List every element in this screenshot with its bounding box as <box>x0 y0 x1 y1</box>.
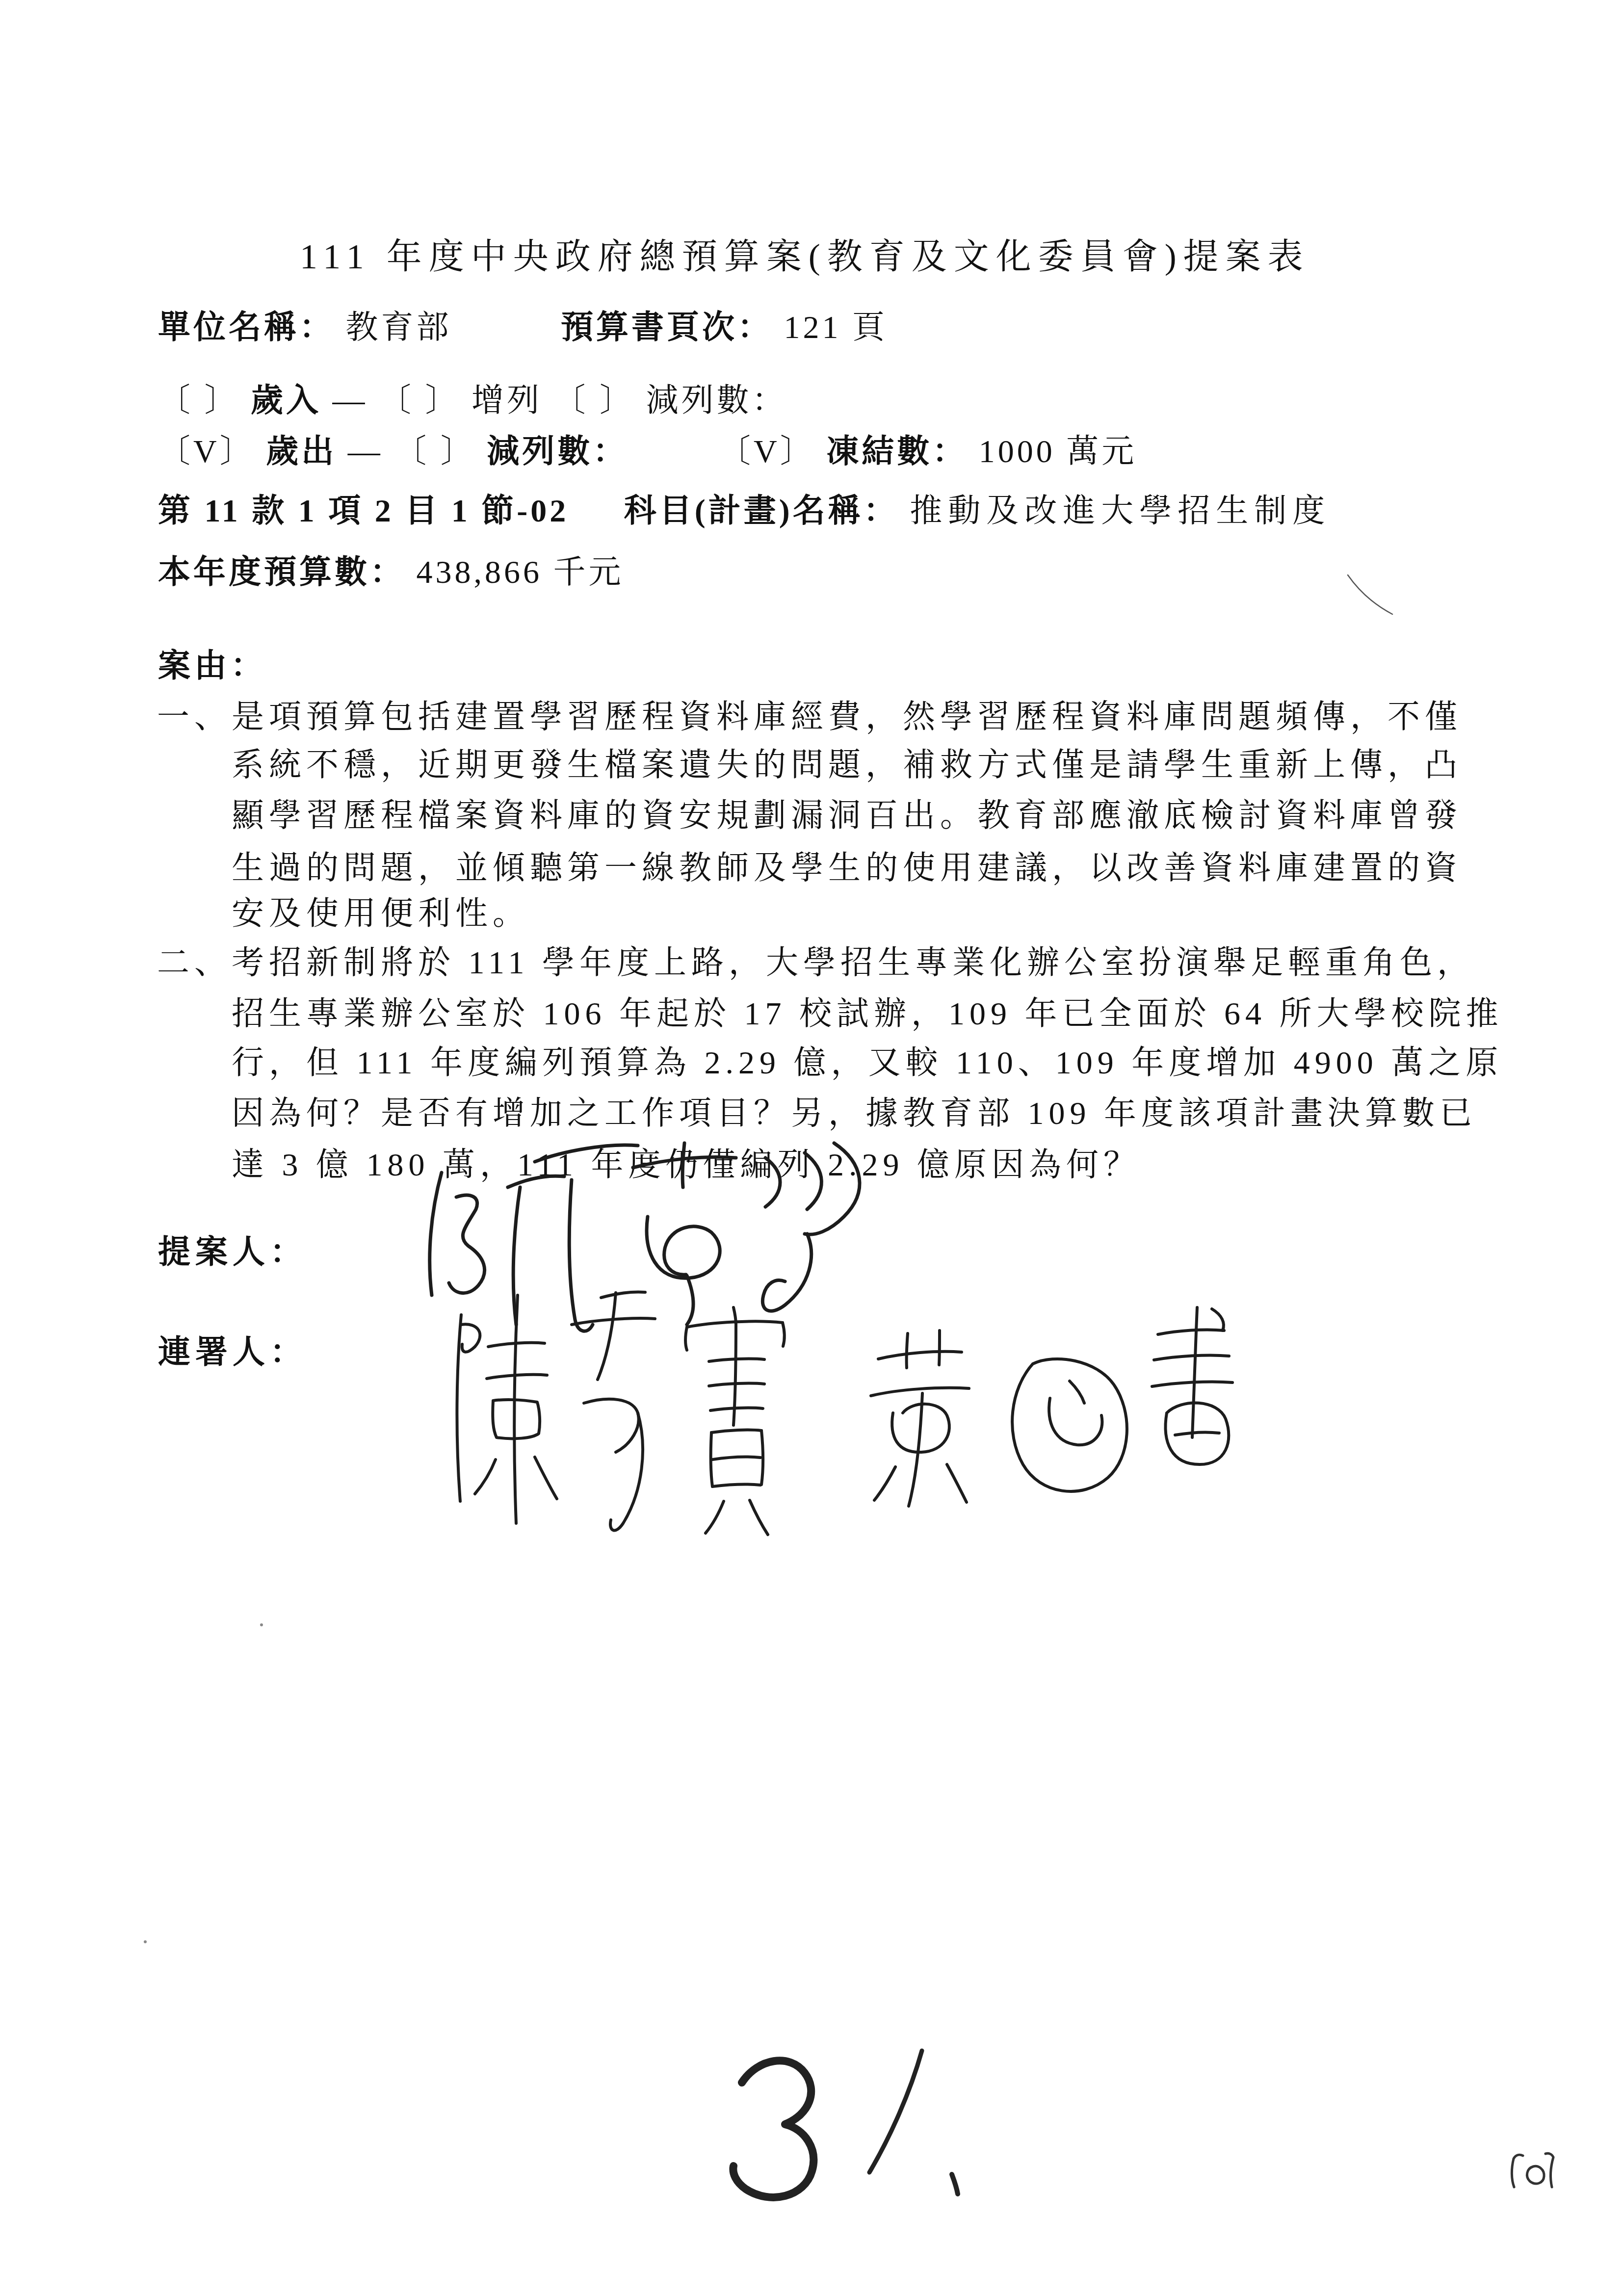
unit-value: 教育部 <box>346 310 452 345</box>
annual-budget-label: 本年度預算數： <box>158 554 405 590</box>
scan-stray-stroke <box>1348 575 1392 614</box>
case-item-2-line-3: 行，但 111 年度編列預算為 2.29 億，又較 110、109 年度增加 4… <box>232 1047 1503 1079</box>
page-ref-value: 121 頁 <box>784 310 888 345</box>
dash: — <box>348 434 383 470</box>
case-heading: 案由： <box>158 650 267 682</box>
cosigner-label: 連署人： <box>158 1336 307 1369</box>
increase-label: 增列 <box>471 383 542 418</box>
corner-mark <box>1512 2153 1553 2187</box>
revenue-label: 歲入 <box>251 383 321 418</box>
frozen-label: 凍結數： <box>826 434 968 470</box>
checkbox-checked: 〔V〕 <box>158 434 255 470</box>
case-item-1-number: 一、 <box>157 701 232 733</box>
revenue-check-row: 〔 〕 歲入 — 〔 〕 增列 〔 〕 減列數： <box>158 385 787 417</box>
case-item-1-line-5: 安及使用便利性。 <box>232 898 530 930</box>
annual-budget-value: 438,866 千元 <box>417 554 624 590</box>
decrease-label: 減列數： <box>646 383 787 418</box>
handwritten-page-number <box>733 2051 958 2197</box>
expenditure-check-row: 〔V〕 歲出 — 〔 〕 減列數： <box>158 436 628 468</box>
case-item-2-number: 二、 <box>157 947 232 979</box>
scanned-proposal-document: 111 年度中央政府總預算案(教育及文化委員會)提案表 單位名稱： 教育部 預算… <box>0 0 1624 2296</box>
scan-specks <box>144 1623 263 1943</box>
section-number: 第 11 款 1 項 2 目 1 節-02 <box>158 493 569 529</box>
checkbox-empty: 〔 〕 <box>379 383 461 418</box>
expenditure-label: 歲出 <box>266 434 337 470</box>
annual-budget-line: 本年度預算數： 438,866 千元 <box>158 556 624 589</box>
subject-value: 推動及改進大學招生制度 <box>910 493 1331 529</box>
page-ref-label: 預算書頁次： <box>561 310 773 345</box>
checkbox-empty: 〔 〕 <box>394 434 476 470</box>
frozen-value: 1000 萬元 <box>979 434 1137 470</box>
subject-label: 科目(計畫)名稱： <box>624 493 899 529</box>
case-item-2-line-1: 考招新制將於 111 學年度上路，大學招生專業化辦公室扮演舉足輕重角色， <box>232 947 1474 979</box>
checkbox-empty: 〔 〕 <box>553 383 635 418</box>
unit-label: 單位名稱： <box>158 310 335 345</box>
cosigner-signature-1 <box>457 1292 784 1535</box>
case-item-1-line-1: 是項預算包括建置學習歷程資料庫經費，然學習歷程資料庫問題頻傳，不僅 <box>232 701 1462 733</box>
dash: — <box>333 383 368 418</box>
case-item-2-line-2: 招生專業辦公室於 106 年起於 17 校試辦，109 年已全面於 64 所大學… <box>232 998 1503 1030</box>
unit-line: 單位名稱： 教育部 預算書頁次： 121 頁 <box>158 312 888 344</box>
document-title: 111 年度中央政府總預算案(教育及文化委員會)提案表 <box>300 239 1310 274</box>
case-item-2-line-4: 因為何？是否有增加之工作項目？另，據教育部 109 年度該項計畫決算數已 <box>232 1097 1477 1130</box>
checkbox-checked: 〔V〕 <box>718 434 815 470</box>
case-item-1-line-4: 生過的問題，並傾聽第一線教師及學生的使用建議，以改善資料庫建置的資 <box>232 852 1462 885</box>
case-item-1-line-2: 系統不穩，近期更發生檔案遺失的問題，補救方式僅是請學生重新上傳，凸 <box>232 749 1462 782</box>
decrease-label: 減列數： <box>487 434 628 470</box>
checkbox-empty: 〔 〕 <box>158 383 240 418</box>
proposer-label: 提案人： <box>158 1236 307 1269</box>
case-item-2-line-5: 達 3 億 180 萬，111 年度仍僅編列 2.29 億原因為何？ <box>232 1149 1141 1181</box>
case-item-1-line-3: 顯學習歷程檔案資料庫的資安規劃漏洞百出。教育部應澈底檢討資料庫曾發 <box>232 800 1462 832</box>
cosigner-signature-2 <box>871 1307 1232 1506</box>
frozen-amount-group: 〔V〕 凍結數： 1000 萬元 <box>718 436 1137 468</box>
budget-item-line: 第 11 款 1 項 2 目 1 節-02 科目(計畫)名稱： 推動及改進大學招… <box>158 495 1331 527</box>
